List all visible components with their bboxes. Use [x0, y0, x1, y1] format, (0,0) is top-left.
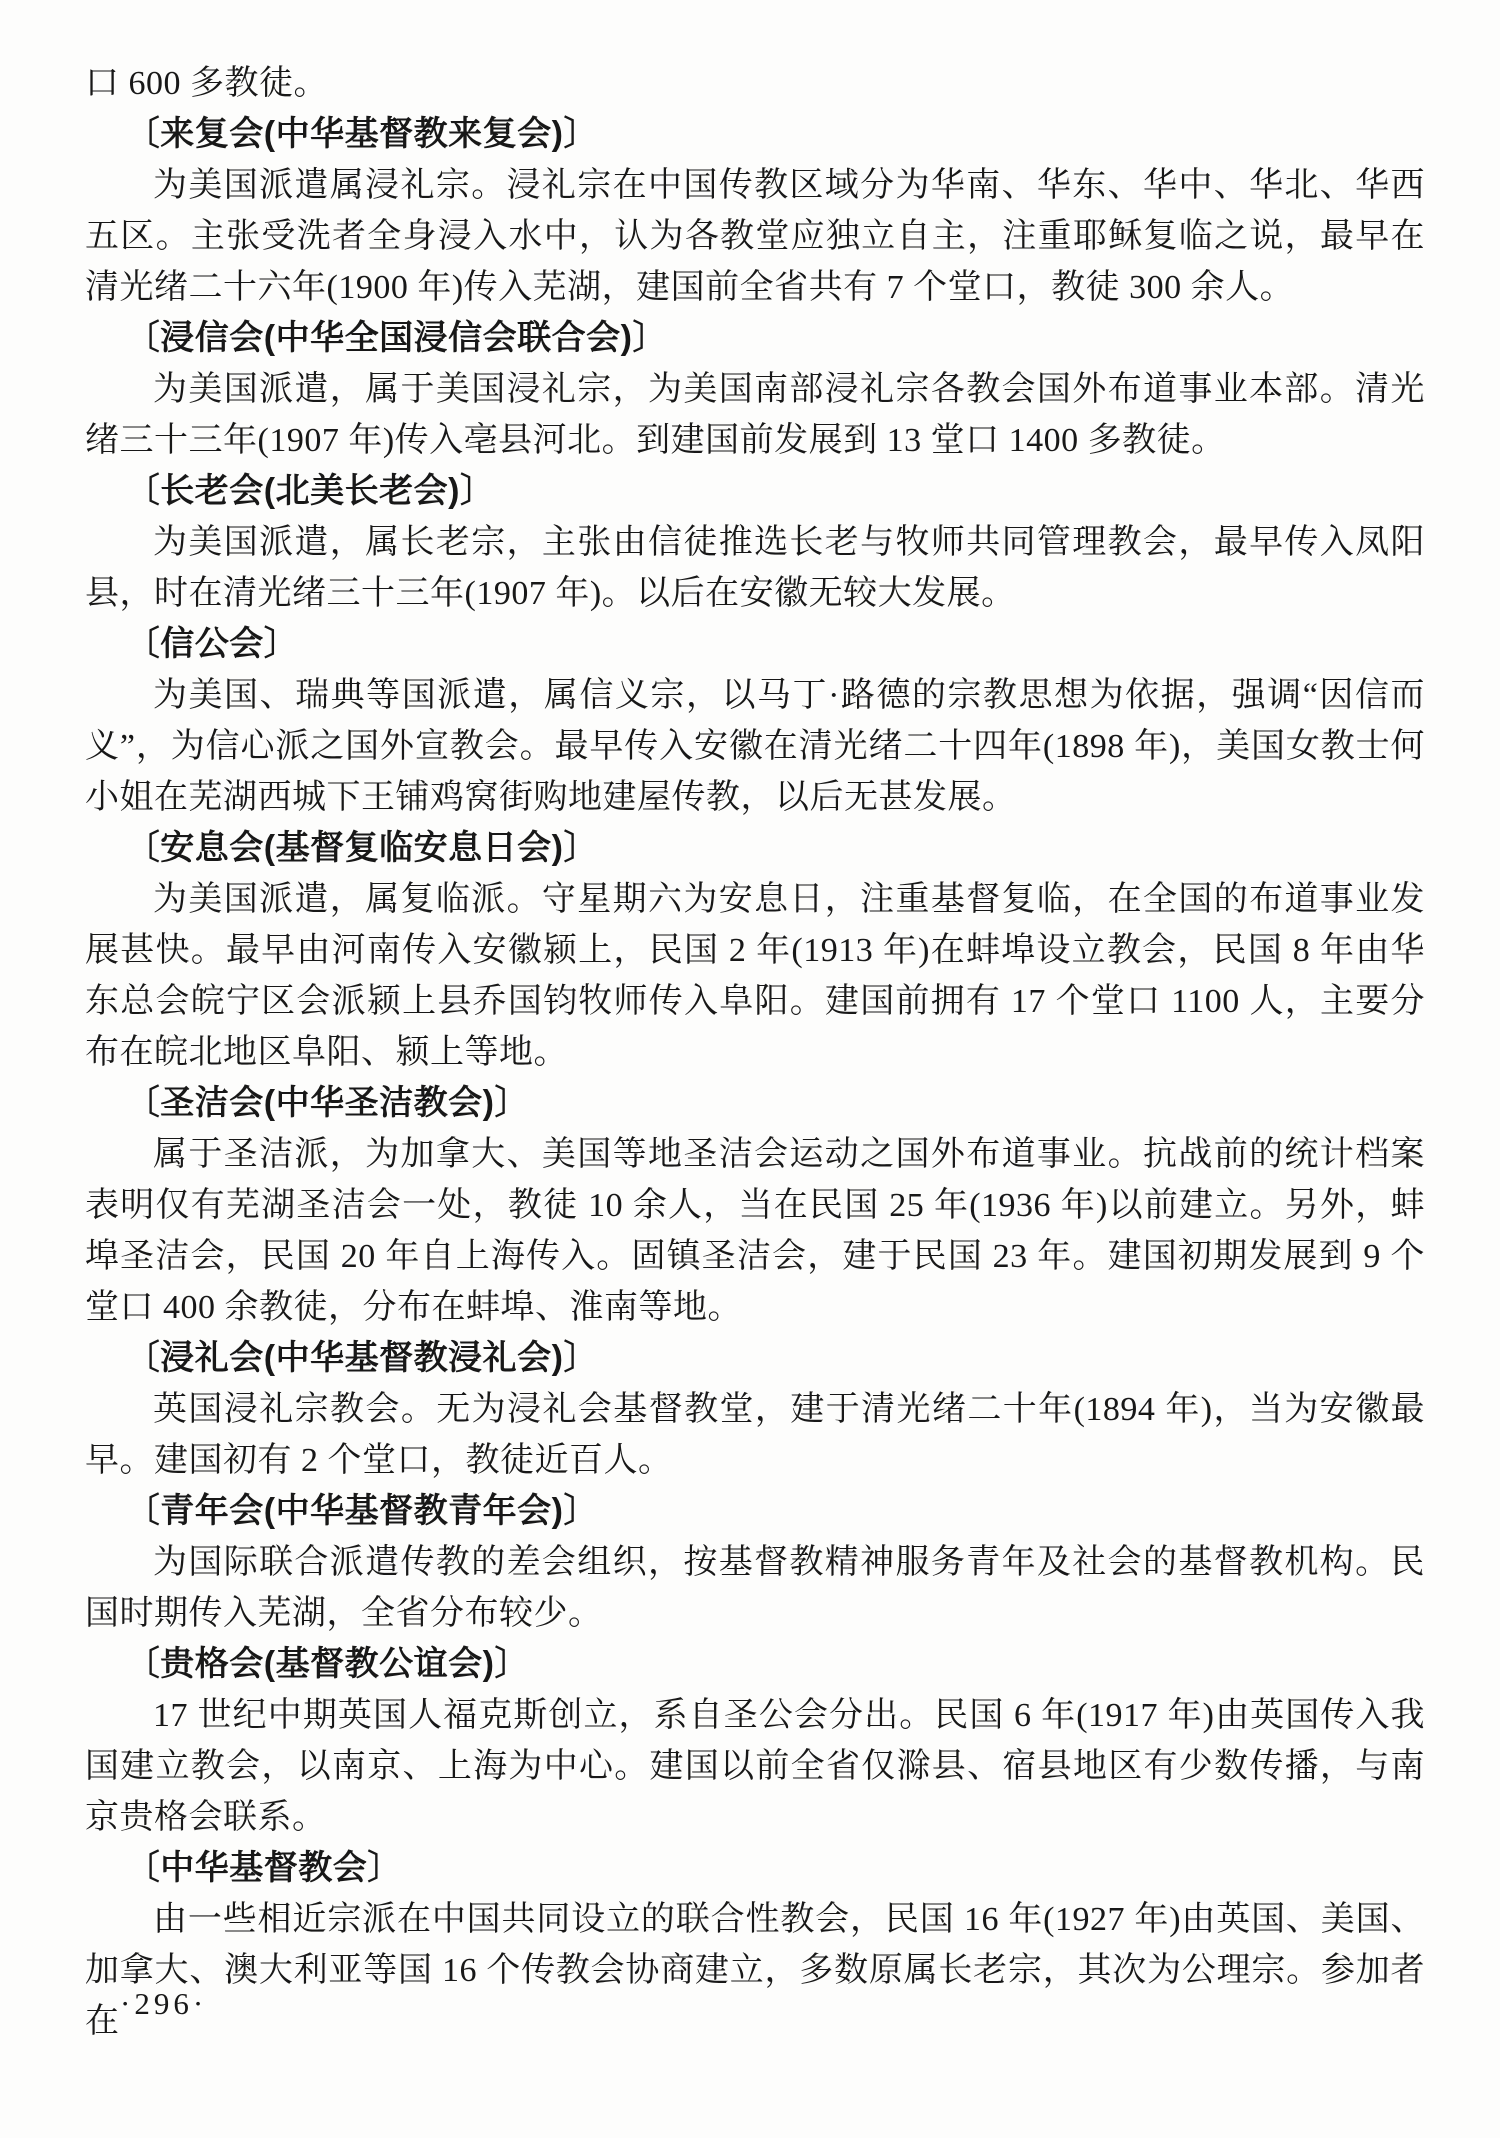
section-heading-xingonghui: 〔信公会〕	[85, 619, 1425, 670]
section-heading-anxihui: 〔安息会(基督复临安息日会)〕	[85, 823, 1425, 874]
section-heading-jinxinhui: 〔浸信会(中华全国浸信会联合会)〕	[85, 313, 1425, 364]
paragraph-zhanglaohui: 为美国派遣，属长老宗，主张由信徒推选长老与牧师共同管理教会，最早传入凤阳县，时在…	[85, 517, 1425, 619]
paragraph-guigehui: 17 世纪中期英国人福克斯创立，系自圣公会分出。民国 6 年(1917 年)由英…	[85, 1690, 1425, 1843]
document-page: 口 600 多教徒。 〔来复会(中华基督教来复会)〕 为美国派遣属浸礼宗。浸礼宗…	[0, 0, 1500, 2138]
paragraph-jinlihui: 英国浸礼宗教会。无为浸礼会基督教堂，建于清光绪二十年(1894 年)，当为安徽最…	[85, 1384, 1425, 1486]
paragraph-jinxinhui: 为美国派遣，属于美国浸礼宗，为美国南部浸礼宗各教会国外布道事业本部。清光绪三十三…	[85, 364, 1425, 466]
section-heading-zhanglaohui: 〔长老会(北美长老会)〕	[85, 466, 1425, 517]
paragraph-xingonghui: 为美国、瑞典等国派遣，属信义宗，以马丁·路德的宗教思想为依据，强调“因信而义”，…	[85, 670, 1425, 823]
paragraph-shengjiehui: 属于圣洁派，为加拿大、美国等地圣洁会运动之国外布道事业。抗战前的统计档案表明仅有…	[85, 1129, 1425, 1333]
section-heading-laifuhui: 〔来复会(中华基督教来复会)〕	[85, 109, 1425, 160]
section-heading-shengjiehui: 〔圣洁会(中华圣洁教会)〕	[85, 1078, 1425, 1129]
page-number: ·296·	[120, 1986, 207, 2022]
paragraph-continuation: 口 600 多教徒。	[85, 58, 1425, 109]
paragraph-anxihui: 为美国派遣，属复临派。守星期六为安息日，注重基督复临，在全国的布道事业发展甚快。…	[85, 874, 1425, 1078]
paragraph-laifuhui: 为美国派遣属浸礼宗。浸礼宗在中国传教区域分为华南、华东、华中、华北、华西五区。主…	[85, 160, 1425, 313]
page-body: 口 600 多教徒。 〔来复会(中华基督教来复会)〕 为美国派遣属浸礼宗。浸礼宗…	[85, 58, 1425, 2047]
section-heading-zhonghuajidujiaohui: 〔中华基督教会〕	[85, 1843, 1425, 1894]
section-heading-guigehui: 〔贵格会(基督教公谊会)〕	[85, 1639, 1425, 1690]
section-heading-qingnianhui: 〔青年会(中华基督教青年会)〕	[85, 1486, 1425, 1537]
paragraph-zhonghuajidujiaohui: 由一些相近宗派在中国共同设立的联合性教会，民国 16 年(1927 年)由英国、…	[85, 1894, 1425, 2047]
section-heading-jinlihui: 〔浸礼会(中华基督教浸礼会)〕	[85, 1333, 1425, 1384]
paragraph-qingnianhui: 为国际联合派遣传教的差会组织，按基督教精神服务青年及社会的基督教机构。民国时期传…	[85, 1537, 1425, 1639]
